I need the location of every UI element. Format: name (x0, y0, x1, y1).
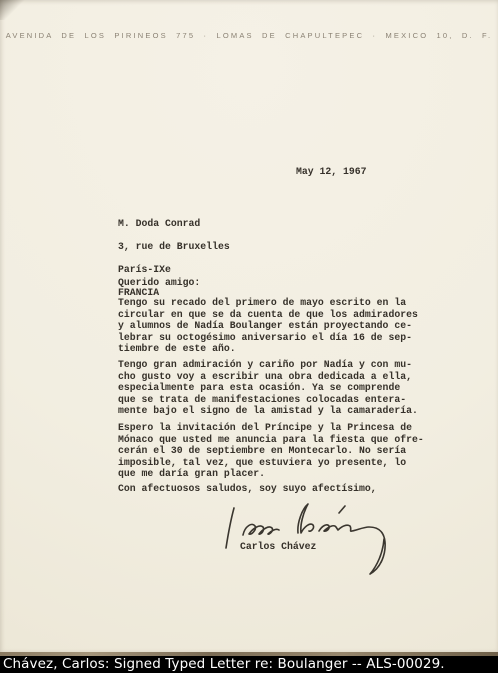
letter-paper: AVENIDA DE LOS PIRINEOS 775 · LOMAS DE C… (0, 0, 498, 652)
closing-line: Con afectuosos saludos, soy suyo afectís… (118, 483, 377, 495)
recipient-line: 3, rue de Bruxelles (118, 241, 230, 253)
caption-bar: Chávez, Carlos: Signed Typed Letter re: … (0, 656, 498, 673)
caption-text: Chávez, Carlos: Signed Typed Letter re: … (0, 656, 445, 673)
letterhead-address: AVENIDA DE LOS PIRINEOS 775 · LOMAS DE C… (0, 31, 498, 40)
recipient-line: París-IXe (118, 264, 230, 276)
recipient-line: M. Doda Conrad (118, 218, 230, 230)
handwritten-signature-icon (218, 497, 430, 581)
body-paragraph-2: Tengo gran admiración y cariño por Nadía… (118, 359, 448, 417)
body-paragraph-3: Espero la invitación del Príncipe y la P… (118, 422, 452, 480)
typed-signer-name: Carlos Chávez (240, 541, 316, 553)
recipient-address: M. Doda Conrad 3, rue de Bruxelles París… (118, 206, 230, 310)
scanned-letter-page: AVENIDA DE LOS PIRINEOS 775 · LOMAS DE C… (0, 0, 498, 673)
salutation: Querido amigo: (118, 277, 200, 289)
scan-corner-shadow (0, 0, 26, 20)
body-paragraph-1: Tengo su recado del primero de mayo escr… (118, 297, 448, 355)
letter-date: May 12, 1967 (296, 166, 367, 178)
